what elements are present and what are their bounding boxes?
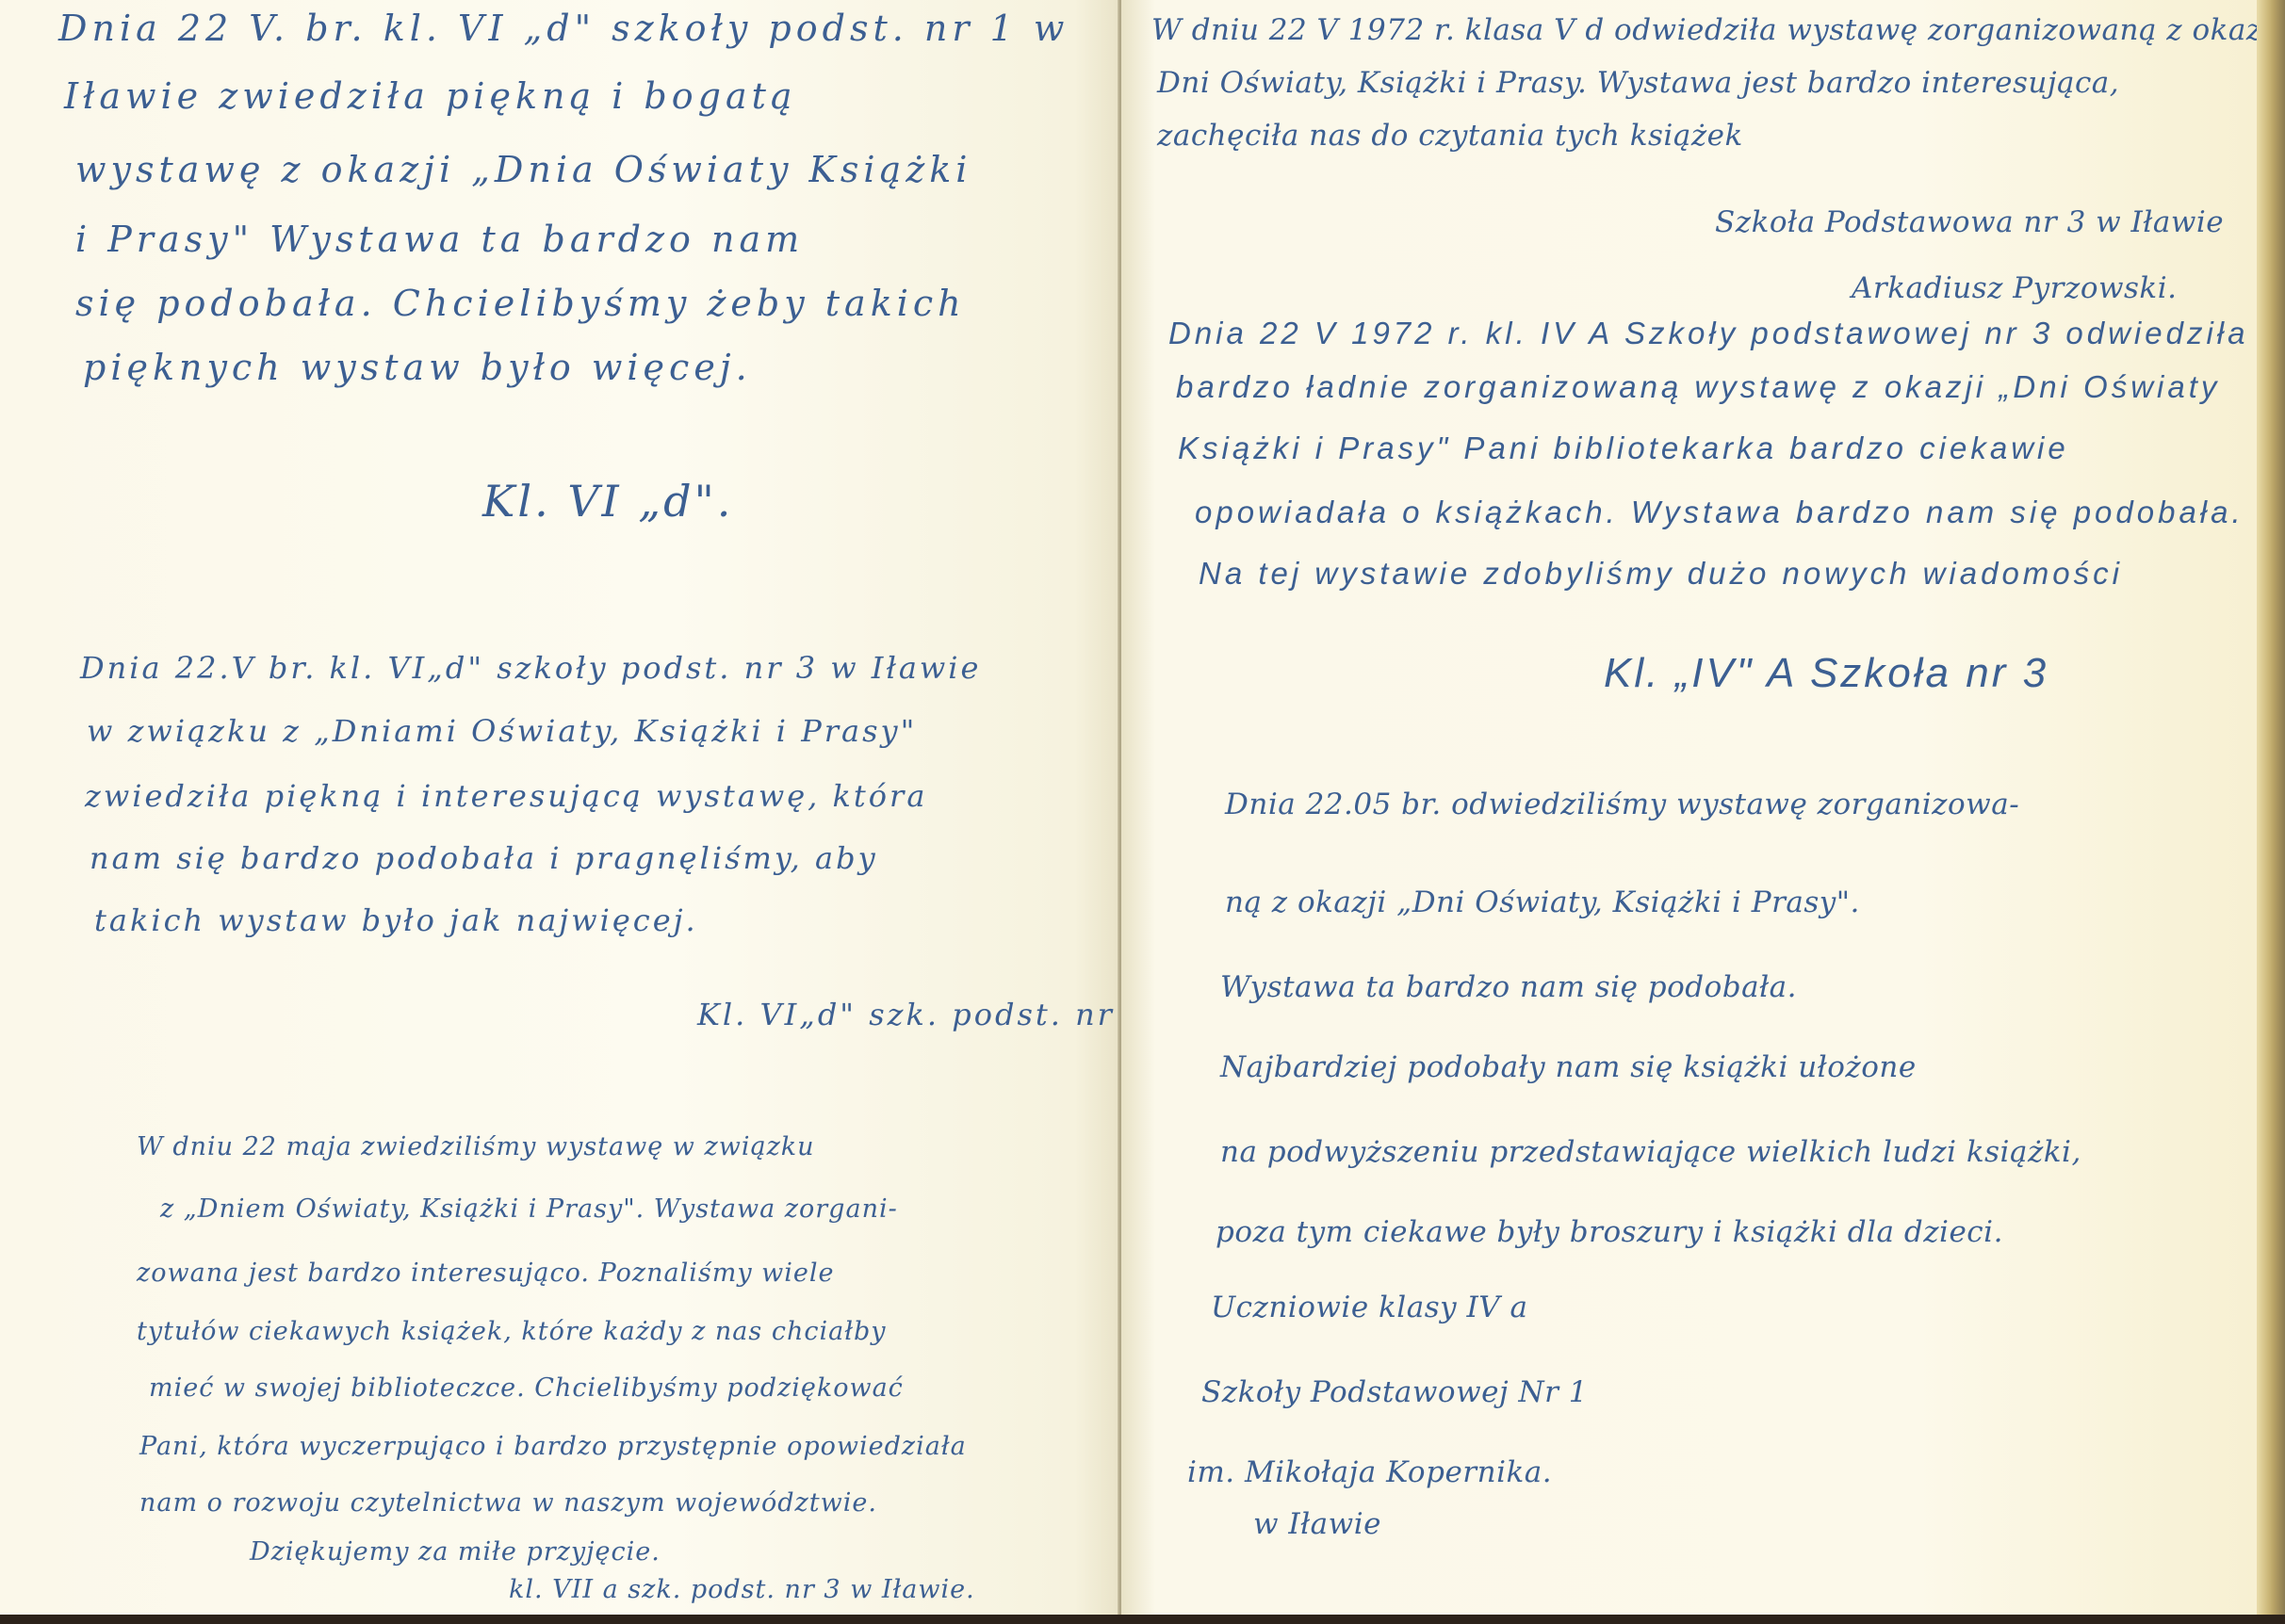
entry-line: nam o rozwoju czytelnictwa w naszym woje…	[139, 1488, 877, 1518]
entry-line: na podwyższeniu przedstawiające wielkich…	[1220, 1135, 2081, 1169]
entry-line: Wystawa ta bardzo nam się podobała.	[1220, 970, 1797, 1004]
entry-signature-line: Uczniowie klasy IV a	[1211, 1291, 1527, 1324]
entry-line: i Prasy" Wystawa ta bardzo nam	[75, 219, 804, 260]
entry-line: z „Dniem Oświaty, Książki i Prasy". Wyst…	[160, 1194, 898, 1224]
entry-line: zowana jest bardzo interesująco. Poznali…	[137, 1259, 835, 1288]
entry-signature-line: w Iławie	[1253, 1507, 1381, 1541]
entry-line: W dniu 22 maja zwiedziliśmy wystawę w zw…	[137, 1132, 815, 1161]
entry-signature-line: im. Mikołaja Kopernika.	[1187, 1455, 1552, 1489]
entry-line: Dni Oświaty, Książki i Prasy. Wystawa je…	[1157, 66, 2119, 100]
entry-signature-line: Szkoła Podstawowa nr 3 w Iławie	[1715, 205, 2224, 239]
book-binding-edge	[2257, 0, 2285, 1624]
notebook-spread: Dnia 22 V. br. kl. VI „d" szkoły podst. …	[0, 0, 2285, 1624]
entry-line: nam się bardzo podobała i pragnęliśmy, a…	[90, 840, 878, 876]
entry-line: wystawę z okazji „Dnia Oświaty Książki	[75, 149, 971, 190]
entry-line: poza tym ciekawe były broszury i książki…	[1216, 1215, 2003, 1249]
entry-line: Dziękujemy za miłe przyjęcie.	[250, 1537, 661, 1567]
entry-line: opowiadała o książkach. Wystawa bardzo n…	[1195, 495, 2244, 530]
entry-line: w związku z „Dniami Oświaty, Książki i P…	[87, 713, 917, 749]
entry-line: Dnia 22.05 br. odwiedziliśmy wystawę zor…	[1225, 788, 2019, 821]
entry-line: takich wystaw było jak najwięcej.	[94, 902, 698, 938]
bottom-edge-shadow	[0, 1615, 2285, 1624]
entry-line: W dniu 22 V 1972 r. klasa V d odwiedziła…	[1151, 13, 2281, 47]
entry-line: Pani, która wyczerpująco i bardzo przyst…	[139, 1432, 967, 1461]
entry-line: mieć w swojej biblioteczce. Chcielibyśmy…	[149, 1373, 904, 1403]
entry-line: ną z okazji „Dni Oświaty, Książki i Pras…	[1225, 885, 1860, 919]
entry-signature-line: Arkadiusz Pyrzowski.	[1852, 271, 2177, 305]
entry-signature: Kl. VI„d" szk. podst. nr 3	[697, 997, 1150, 1032]
entry-line: pięknych wystaw było więcej.	[83, 347, 752, 388]
entry-line: Iławie zwiedziła piękną i bogatą	[64, 75, 797, 117]
entry-line: Dnia 22 V. br. kl. VI „d" szkoły podst. …	[58, 8, 1069, 49]
entry-signature: Kl. „IV" A Szkoła nr 3	[1604, 650, 2048, 697]
entry-line: Dnia 22 V 1972 r. kl. IV A Szkoły podsta…	[1168, 316, 2248, 351]
entry-line: tytułów ciekawych książek, które każdy z…	[137, 1317, 887, 1346]
entry-line: zachęciła nas do czytania tych książek	[1157, 119, 1743, 153]
entry-signature-line: Szkoły Podstawowej Nr 1	[1201, 1375, 1588, 1409]
left-page: Dnia 22 V. br. kl. VI „d" szkoły podst. …	[0, 0, 1119, 1616]
entry-signature: Kl. VI „d".	[482, 476, 733, 527]
entry-line: Książki i Prasy" Pani bibliotekarka bard…	[1178, 430, 2069, 466]
entry-line: Najbardziej podobały nam się książki uło…	[1220, 1050, 1917, 1084]
entry-line: Dnia 22.V br. kl. VI„d" szkoły podst. nr…	[80, 650, 981, 686]
entry-line: się podobała. Chcielibyśmy żeby takich	[75, 283, 966, 324]
entry-line: zwiedziła piękną i interesującą wystawę,…	[85, 778, 927, 814]
entry-signature: kl. VII a szk. podst. nr 3 w Iławie.	[509, 1575, 975, 1604]
entry-line: bardzo ładnie zorganizowaną wystawę z ok…	[1176, 369, 2220, 405]
right-page: W dniu 22 V 1972 r. klasa V d odwiedziła…	[1121, 0, 2257, 1616]
entry-line: Na tej wystawie zdobyliśmy dużo nowych w…	[1199, 556, 2123, 592]
